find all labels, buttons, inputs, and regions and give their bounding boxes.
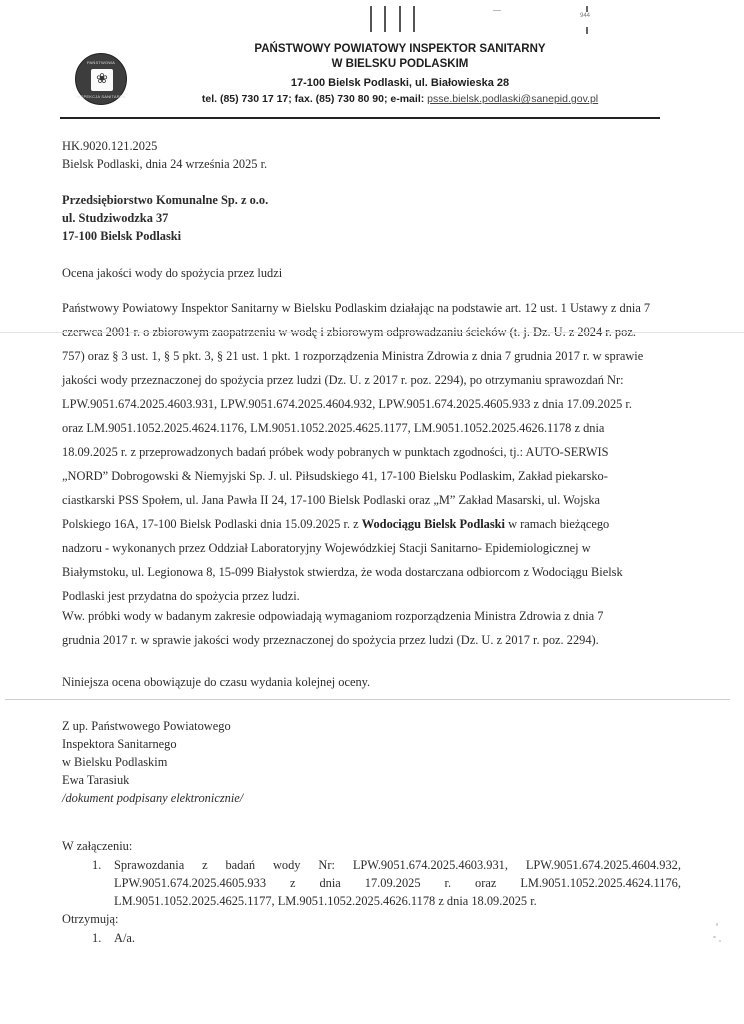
attachment-word: dnia (319, 876, 340, 891)
waterworks-name: Wodociągu Bielsk Podlaski (362, 517, 505, 531)
scan-speck (713, 936, 716, 938)
attachment-word: Sprawozdania (114, 858, 184, 873)
page-number: 944 (580, 13, 590, 19)
electronic-signature-note: /dokument podpisany elektronicznie/ (62, 791, 243, 806)
authority-name: PAŃSTWOWY POWIATOWY INSPEKTOR SANITARNY (140, 43, 660, 55)
attachment-word: r. (445, 876, 452, 891)
recipient-street: ul. Studziwodzka 37 (62, 211, 168, 226)
attachment-word: wody (273, 858, 301, 873)
attachment-line: LM.9051.1052.2025.4625.1177, LM.9051.105… (114, 894, 537, 909)
scan-artifact-line (5, 699, 730, 700)
signature-line: Inspektora Sanitarnego (62, 737, 177, 752)
signature-line: w Bielsku Podlaskim (62, 755, 167, 770)
body-line: Białymstoku, ul. Legionowa 8, 15-099 Bia… (62, 565, 623, 580)
scan-bar (413, 6, 415, 32)
signatory-name: Ewa Tarasiuk (62, 773, 129, 788)
body-text: w ramach bieżącego (505, 517, 609, 531)
contact-phone-fax: tel. (85) 730 17 17; fax. (85) 730 80 90… (202, 93, 427, 105)
recipients-heading: Otrzymują: (62, 912, 118, 927)
scan-dash (493, 10, 501, 11)
recipient-number: 1. (92, 931, 101, 946)
sanitary-inspection-emblem: PAŃSTWOWA ❀ INSPEKCJA SANITARNA (75, 53, 127, 105)
recipient-name: Przedsiębiorstwo Komunalne Sp. z o.o. (62, 193, 268, 208)
body-line: Państwowy Powiatowy Inspektor Sanitarny … (62, 301, 650, 316)
emblem-bottom-text: INSPEKCJA SANITARNA (76, 94, 126, 99)
attachment-word: LPW.9051.674.2025.4605.933 (114, 876, 266, 891)
emblem-top-text: PAŃSTWOWA (76, 60, 126, 65)
authority-location: W BIELSKU PODLASKIM (140, 58, 660, 70)
recipient-item: A/a. (114, 931, 135, 946)
attachment-line: LPW.9051.674.2025.4605.933zdnia17.09.202… (114, 876, 681, 891)
page-mark (586, 6, 588, 34)
attachment-word: Nr: (318, 858, 335, 873)
authority-address: 17-100 Bielsk Podlaski, ul. Białowieska … (140, 77, 660, 89)
eagle-emblem-icon: ❀ (91, 69, 113, 91)
scan-bar (399, 6, 401, 32)
body-line: nadzoru - wykonanych przez Oddział Labor… (62, 541, 591, 556)
body-text: Polskiego 16A, 17-100 Bielsk Podlaski dn… (62, 517, 362, 531)
validity-statement: Niniejsza ocena obowiązuje do czasu wyda… (62, 675, 370, 690)
attachment-word: z (290, 876, 296, 891)
attachment-word: LM.9051.1052.2025.4624.1176, (520, 876, 681, 891)
body-line: Polskiego 16A, 17-100 Bielsk Podlaski dn… (62, 517, 609, 532)
recipient-city: 17-100 Bielsk Podlaski (62, 229, 181, 244)
body-line: LPW.9051.674.2025.4603.931, LPW.9051.674… (62, 397, 632, 412)
attachment-word: LPW.9051.674.2025.4603.931, (353, 858, 508, 873)
body-line: jakości wody przeznaczonej do spożycia p… (62, 373, 624, 388)
body-line: „NORD” Dobrogowski & Niemyjski Sp. J. ul… (62, 469, 608, 484)
signature-line: Z up. Państwowego Powiatowego (62, 719, 231, 734)
scan-speck (719, 940, 721, 942)
body-line: Ww. próbki wody w badanym zakresie odpow… (62, 609, 603, 624)
attachment-word: oraz (475, 876, 496, 891)
authority-contact: tel. (85) 730 17 17; fax. (85) 730 80 90… (140, 93, 660, 105)
subject: Ocena jakości wody do spożycia przez lud… (62, 266, 282, 281)
body-line: 757) oraz § 3 ust. 1, § 5 pkt. 3, § 21 u… (62, 349, 643, 364)
body-line: 18.09.2025 r. z przeprowadzonych badań p… (62, 445, 609, 460)
scan-bar (370, 6, 372, 32)
attachment-word: z (202, 858, 208, 873)
scan-bar (384, 6, 386, 32)
place-date: Bielsk Podlaski, dnia 24 września 2025 r… (62, 157, 267, 172)
body-line: Podlaski jest przydatna do spożycia prze… (62, 589, 300, 604)
body-line: ciastkarski PSS Społem, ul. Jana Pawła I… (62, 493, 600, 508)
body-line: oraz LM.9051.1052.2025.4624.1176, LM.905… (62, 421, 604, 436)
attachment-word: 17.09.2025 (365, 876, 421, 891)
letterhead-divider (60, 117, 660, 119)
attachment-word: LPW.9051.674.2025.4604.932, (526, 858, 681, 873)
attachment-number: 1. (92, 858, 101, 873)
attachments-heading: W załączeniu: (62, 839, 132, 854)
attachment-word: badań (225, 858, 255, 873)
scan-speck (716, 923, 718, 926)
case-number: HK.9020.121.2025 (62, 139, 157, 154)
body-line: grudnia 2017 r. w sprawie jakości wody p… (62, 633, 599, 648)
email-link[interactable]: psse.bielsk.podlaski@sanepid.gov.pl (427, 93, 598, 105)
scan-artifact-line (0, 332, 744, 333)
attachment-line: SprawozdaniazbadańwodyNr:LPW.9051.674.20… (114, 858, 681, 873)
